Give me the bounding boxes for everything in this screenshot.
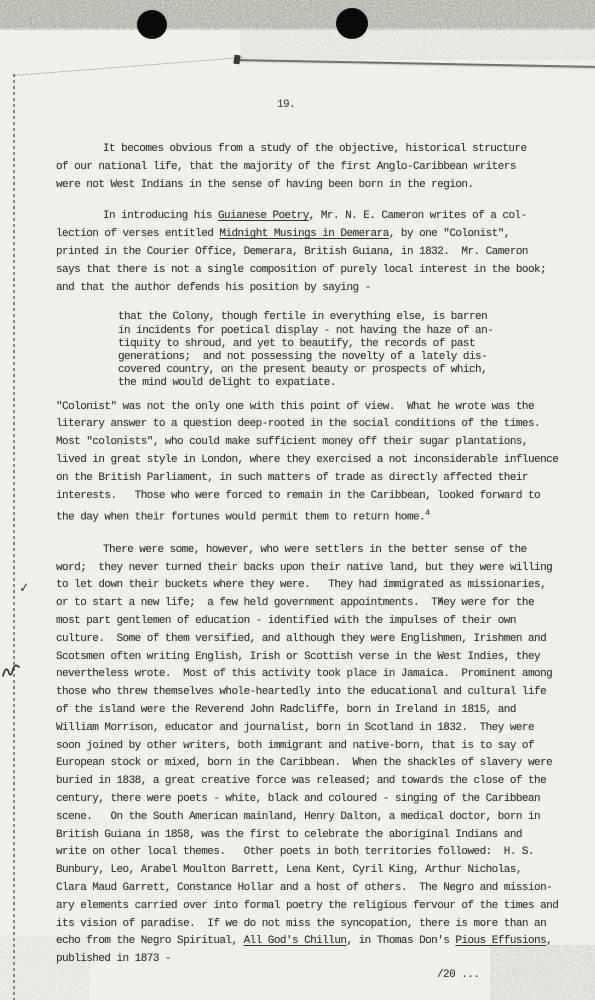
underlined-title: Midnight Musings in Demerara — [219, 228, 388, 240]
text-line: soon joined by other writers, both immig… — [56, 738, 572, 756]
text-line: British Guiana in 1858, was the first to… — [56, 827, 572, 845]
text-line: In introducing his Guianese Poetry, Mr. … — [56, 208, 572, 226]
text-line: of our national life, that the majority … — [56, 159, 572, 177]
document-body: It becomes obvious from a study of the o… — [56, 141, 572, 969]
text-line: William Morrison, educator and journalis… — [56, 720, 572, 738]
underlined-title: All God's Chillun — [244, 935, 347, 947]
punch-hole — [137, 10, 167, 39]
text-line: most part gentlemen of education - ident… — [56, 613, 572, 631]
text-line: buried in 1838, a great creative force w… — [56, 773, 572, 791]
punch-hole — [336, 8, 368, 39]
text-line: lection of verses entitled Midnight Musi… — [56, 226, 572, 244]
text-line: Most "colonists", who could make suffici… — [56, 434, 572, 452]
text-line: echo from the Negro Spiritual, All God's… — [56, 933, 572, 951]
text-line: There were some, however, who were settl… — [56, 542, 572, 560]
text-line: published in 1873 - — [56, 951, 572, 969]
text-line: ary elements carried over into formal po… — [56, 898, 572, 916]
text-line: of the island were the Reverend John Rad… — [56, 702, 572, 720]
text-line: says that there is not a single composit… — [56, 262, 572, 280]
text-line: the day when their fortunes would permit… — [56, 505, 572, 527]
text-line: Bunbury, Leo, Arabel Moulton Barrett, Le… — [56, 862, 572, 880]
text-line: on the British Parliament, in such matte… — [56, 470, 572, 488]
text-line: scene. On the South American mainland, H… — [56, 809, 572, 827]
text-line: culture. Some of them versified, and alt… — [56, 631, 572, 649]
page-number: 19. — [277, 99, 295, 111]
text-line: nevertheless wrote. Most of this activit… — [56, 666, 572, 684]
page-continuation: /20 ... — [437, 969, 479, 981]
text-line: or to start a new life; a few held gover… — [56, 595, 572, 613]
text-line: to let down their buckets where they wer… — [56, 577, 572, 595]
paper-top-edge — [237, 59, 595, 68]
text-line: generations; and not possessing the nove… — [118, 351, 572, 364]
paragraph: There were some, however, who were settl… — [56, 542, 572, 969]
margin-check-mark: ✓ — [18, 580, 30, 596]
document-page: 19. It becomes obvious from a study of t… — [0, 0, 595, 1000]
paper-left-edge — [13, 74, 15, 1000]
text-line: century, there were poets - white, black… — [56, 791, 572, 809]
paragraph: It becomes obvious from a study of the o… — [56, 141, 572, 194]
text-line: printed in the Courier Office, Demerara,… — [56, 244, 572, 262]
footnote-reference: 4 — [425, 509, 430, 518]
underlined-title: Guianese Poetry — [218, 210, 309, 222]
text-line: Scotsmen often writing English, Irish or… — [56, 649, 572, 667]
text-line: were not West Indians in the sense of ha… — [56, 177, 572, 195]
text-line: European stock or mixed, born in the Car… — [56, 755, 572, 773]
paragraph: In introducing his Guianese Poetry, Mr. … — [56, 208, 572, 297]
text-line: that the Colony, though fertile in every… — [118, 311, 572, 324]
text-line: in incidents for poetical display - not … — [118, 325, 572, 338]
margin-pen-scribble — [1, 660, 23, 680]
text-line: interests. Those who were forced to rema… — [56, 488, 572, 506]
text-line: word; they never turned their backs upon… — [56, 560, 572, 578]
text-line: those who threw themselves whole-hearted… — [56, 684, 572, 702]
text-line: Clara Maud Garrett, Constance Hollar and… — [56, 880, 572, 898]
paper-corner-mark — [233, 55, 240, 65]
paper-tear-edge — [14, 57, 243, 76]
block-quote: that the Colony, though fertile in every… — [118, 311, 572, 390]
text-line: lived in great style in London, where th… — [56, 452, 572, 470]
text-line: tiquity to shroud, and yet to beautify, … — [118, 338, 572, 351]
underlined-title: Pious Effusions — [455, 935, 546, 947]
text-line: its vision of paradise. If we do not mis… — [56, 916, 572, 934]
text-line: and that the author defends his position… — [56, 280, 572, 298]
text-line: "Colonist" was not the only one with thi… — [56, 399, 572, 417]
text-line: literary answer to a question deep-roote… — [56, 416, 572, 434]
text-line: covered country, on the present beauty o… — [118, 364, 572, 377]
text-line: It becomes obvious from a study of the o… — [56, 141, 572, 159]
paragraph: "Colonist" was not the only one with thi… — [56, 399, 572, 528]
text-line: the mind would delight to expatiate. — [118, 377, 572, 390]
text-line: write on other local themes. Other poets… — [56, 844, 572, 862]
